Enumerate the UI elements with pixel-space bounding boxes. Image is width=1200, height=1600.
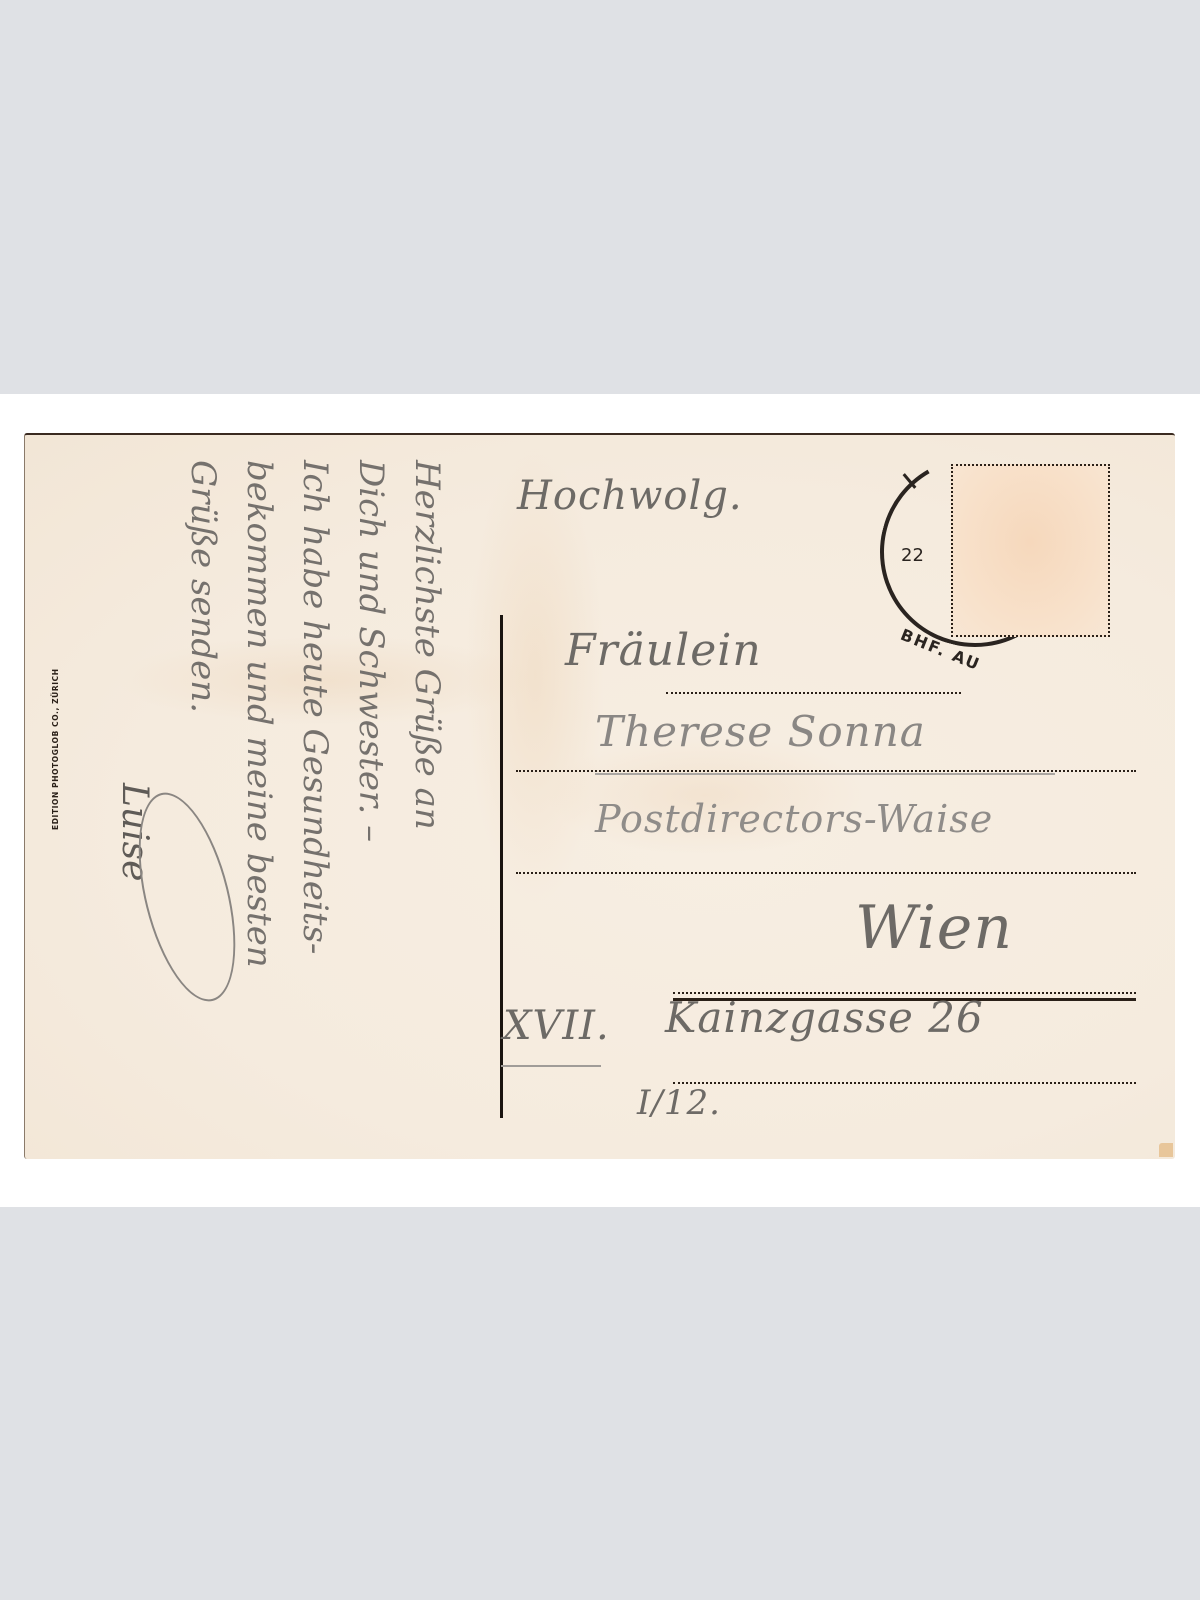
address-name: Therese Sonna: [595, 707, 926, 756]
address-line-3: [516, 872, 1136, 874]
address-street: Kainzgasse 26: [665, 993, 984, 1042]
message-line: bekommen und meine besten: [231, 460, 287, 1120]
address-line-2: [516, 770, 1136, 772]
message-line: Herzlichste Grüße an: [399, 460, 455, 1120]
postmark-day: 22: [901, 545, 924, 566]
message-line: Ich habe heute Gesundheits-: [287, 460, 343, 1120]
address-city: Wien: [855, 893, 1013, 963]
address-line-1: [666, 692, 961, 694]
address-line-5: [673, 1082, 1136, 1084]
address-apartment: I/12.: [637, 1083, 721, 1123]
handwritten-message: Herzlichste Grüße an Dich und Schwester.…: [35, 460, 455, 1120]
message-line: Dich und Schwester. –: [343, 460, 399, 1120]
postcard: EDITION PHOTOGLOB CO., ZÜRICH Herzlichst…: [24, 433, 1175, 1159]
message-line: Grüße senden.: [175, 460, 231, 1120]
address-title: Fräulein: [565, 625, 762, 676]
address-district: XVII.: [503, 1003, 610, 1049]
name-underline: [595, 773, 1055, 775]
address-salutation: Hochwolg.: [517, 473, 743, 519]
worn-corner: [1159, 1143, 1173, 1157]
district-underline: [501, 1065, 601, 1067]
stamp-box: [951, 464, 1110, 637]
address-occupation: Postdirectors-Waise: [595, 797, 993, 841]
